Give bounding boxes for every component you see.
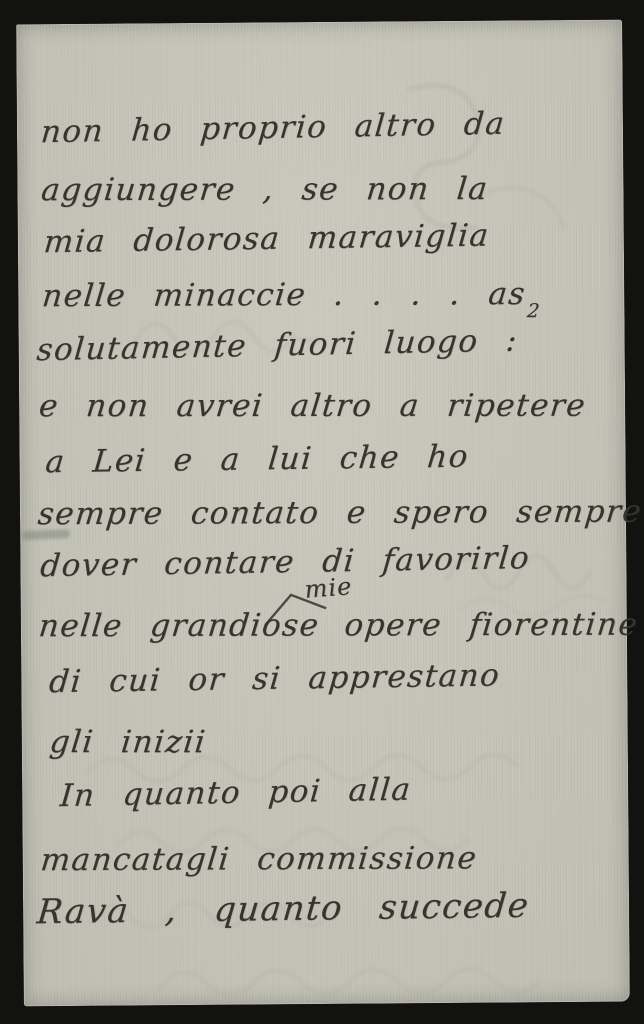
line-text: In quanto poi alla <box>59 772 413 815</box>
handwritten-line-4: nelle minaccie . . . . as2 <box>40 276 544 314</box>
line-text: sempre contato e spero sempre <box>36 494 644 533</box>
handwritten-line-3: mia dolorosa maraviglia <box>42 218 491 261</box>
line-text: opere fiorentine <box>343 607 640 644</box>
line-text: a Lei e a lui che ho <box>44 439 471 481</box>
line-text: gli inizii <box>48 724 208 760</box>
line-text: di cui or si apprestano <box>48 657 502 700</box>
handwritten-line-10: nelle grandiose opere fiorentine <box>37 607 640 645</box>
handwritten-line-7: a Lei e a lui che ho <box>44 439 471 481</box>
handwritten-line-14: mancatagli commissione <box>39 840 479 878</box>
handwritten-line-11: di cui or si apprestano <box>48 657 502 700</box>
line-text: aggiungere , se non la <box>40 171 491 208</box>
line-text: Ravà , quanto succede <box>35 886 531 932</box>
line-text: solutamente fuori luogo : <box>35 323 519 369</box>
line-text: nelle grandiose <box>37 607 321 644</box>
interlinear-insertion: mie <box>304 572 354 604</box>
scanned-letter-page: non ho proprio altro da aggiungere , se … <box>0 0 644 1024</box>
handwritten-line-6: e non avrei altro a ripetere <box>37 388 588 424</box>
line-text: e non avrei altro a ripetere <box>37 388 588 424</box>
handwritten-line-2: aggiungere , se non la <box>40 171 491 208</box>
hyphenation-mark: 2 <box>526 300 542 322</box>
line-text: mancatagli commissione <box>39 840 479 878</box>
handwritten-line-5: solutamente fuori luogo : <box>35 323 519 369</box>
handwritten-line-8: sempre contato e spero sempre <box>36 494 644 533</box>
bleed-through-mark <box>153 946 614 1020</box>
handwritten-line-15: Ravà , quanto succede <box>35 886 531 932</box>
line-text: mia dolorosa maraviglia <box>42 218 491 261</box>
handwritten-line-13: In quanto poi alla <box>59 772 413 815</box>
letter-paper: non ho proprio altro da aggiungere , se … <box>16 20 630 1007</box>
handwritten-line-12: gli inizii <box>48 724 208 760</box>
line-text: nelle minaccie . . . . as <box>40 276 527 314</box>
